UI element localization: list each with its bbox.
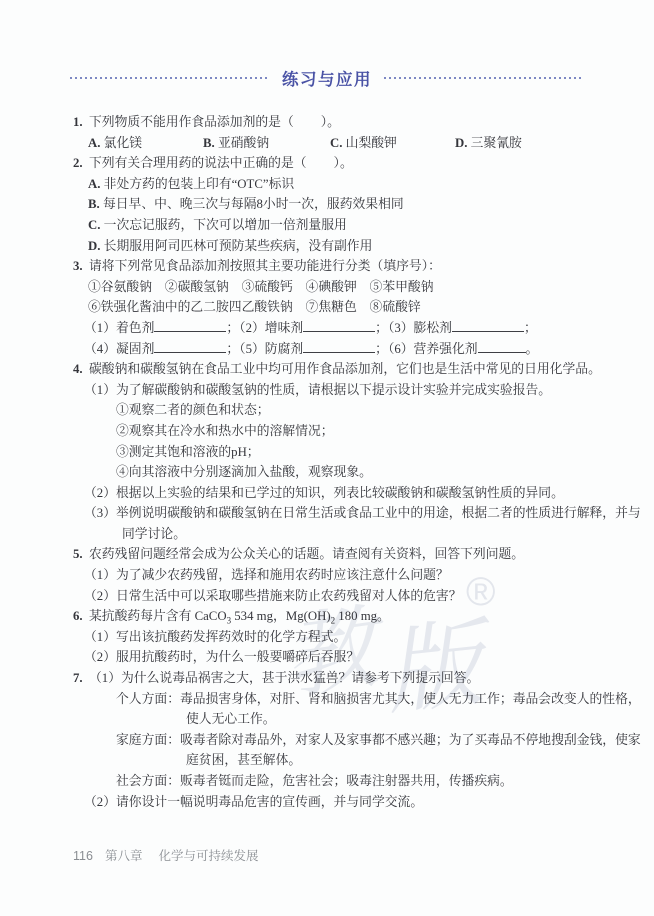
question-4-step-1: ①观察二者的颜色和状态； [73,400,649,421]
stem-text: ）。 [334,156,353,170]
question-2-option-a: A. 非处方药的包装上印有“OTC”标识 [73,174,649,195]
question-3-additives-line1: ①谷氨酸钠 ②碳酸氢钠 ③硫酸钙 ④碘酸钾 ⑤苯甲酸钠 [73,277,649,298]
fill-in-blank [303,348,375,353]
part-text: 请你设计一幅说明毒品危害的宣传画，并与同学交流。 [116,795,423,809]
fill-in-blank [154,327,226,332]
part-label: （1） [84,383,116,397]
option-label: C. [330,136,342,150]
option-label: C. [88,218,100,232]
option-b: B. 亚硝酸钠 [203,133,330,154]
part-label: （2） [84,486,116,500]
page-footer: 116 第八章 化学与可持续发展 [73,848,258,864]
question-4-part-2: （2）根据以上实验的结果和已学过的知识，列表比较碳酸钠和碳酸氢钠性质的异同。 [73,483,649,504]
aspect-text: 吸毒者除对毒品外，对家人及家事都不感兴趣；为了买毒品不停地搜刮金钱，使家庭贫困，… [180,733,641,768]
textbook-page: 练习与应用 教 版 ® 1.下列物质不能用作食品添加剂的是（）。 A. 氯化镁 … [0,0,654,916]
stem-text: 下列有关合理用药的说法中正确的是（ [89,156,307,170]
category-label: （1）着色剂 [84,321,154,335]
question-2-option-b: B. 每日早、中、晚三次与每隔8小时一次，服药效果相同 [73,194,649,215]
stem-text: 农药残留问题经常会成为公众关心的话题。请查阅有关资料，回答下列问题。 [89,547,524,561]
chemical-formula: 180 mg。 [335,609,390,623]
category-label: （2）增味剂 [239,321,303,335]
separator: ； [375,321,388,335]
chemical-formula: 某抗酸药每片含有 CaCO [89,609,227,623]
question-number: 6. [73,606,89,627]
chemical-formula: 534 mg，Mg(OH) [231,609,331,623]
stem-text: 下列物质不能用作食品添加剂的是（ [89,115,294,129]
question-2-option-c: C. 一次忘记服药，下次可以增加一倍剂量服用 [73,215,649,236]
part-label: （2） [84,795,116,809]
question-3-categories-row2: （4）凝固剂；（5）防腐剂；（6）营养强化剂。 [73,339,649,360]
dotted-rule-right [384,77,584,79]
part-text: 为了减少农药残留，选择和施用农药时应该注意什么问题？ [116,568,449,582]
part-text: 举例说明碳酸钠和碳酸氢钠在日常生活或食品工业中的用途，根据二者的性质进行解释，并… [116,506,641,541]
question-2-option-d: D. 长期服用阿司匹林可预防某些疾病，没有副作用 [73,236,649,257]
separator: 。 [526,342,539,356]
part-label: （1） [84,568,116,582]
question-1-options: A. 氯化镁 B. 亚硝酸钠 C. 山梨酸钾 D. 三聚氰胺 [73,133,649,154]
part-text: 服用抗酸药时，为什么一般要嚼碎后吞服？ [116,650,359,664]
option-text: 亚硝酸钠 [218,136,269,150]
aspect-text: 毒品损害身体，对肝、肾和脑损害尤其大，使人无力工作；毒品会改变人的性格，使人无心… [180,692,641,727]
question-7-part-2: （2）请你设计一幅说明毒品危害的宣传画，并与同学交流。 [73,792,649,813]
category-label: （5）防腐剂 [239,342,303,356]
option-label: D. [88,239,100,253]
question-5-part-2: （2）日常生活中可以采取哪些措施来防止农药残留对人体的危害？ [73,586,649,607]
question-number: 1. [73,112,89,133]
category-label: （6）营养强化剂 [388,342,478,356]
question-4-part-3: （3）举例说明碳酸钠和碳酸氢钠在日常生活或食品工业中的用途，根据二者的性质进行解… [73,503,649,544]
question-6-part-1: （1）写出该抗酸药发挥药效时的化学方程式。 [73,627,649,648]
question-3-categories-row1: （1）着色剂；（2）增味剂；（3）膨松剂； [73,318,649,339]
option-label: D. [455,136,467,150]
question-7-aspect-society: 社会方面：贩毒者铤而走险，危害社会；吸毒注射器共用，传播疾病。 [73,771,649,792]
question-5-part-1: （1）为了减少农药残留，选择和施用农药时应该注意什么问题？ [73,565,649,586]
category-label: （3）膨松剂 [388,321,452,335]
aspect-label: 个人方面： [116,692,180,706]
part-label: （1） [89,671,121,685]
option-label: B. [88,197,100,211]
option-text: 一次忘记服药，下次可以增加一倍剂量服用 [104,218,347,232]
dotted-rule-left [70,77,270,79]
aspect-text: 贩毒者铤而走险，危害社会；吸毒注射器共用，传播疾病。 [180,774,513,788]
chapter-label: 第八章 [105,848,143,864]
question-2-stem: 2.下列有关合理用药的说法中正确的是（）。 [73,153,649,174]
question-number: 3. [73,256,89,277]
option-text: 三聚氰胺 [471,136,522,150]
option-a: A. 氯化镁 [88,133,203,154]
page-number: 116 [73,848,93,864]
option-c: C. 山梨酸钾 [330,133,455,154]
question-number: 5. [73,544,89,565]
exercise-list: 1.下列物质不能用作食品添加剂的是（）。 A. 氯化镁 B. 亚硝酸钠 C. 山… [73,112,649,812]
question-4-step-4: ④向其溶液中分别逐滴加入盐酸，观察现象。 [73,462,649,483]
category-label: （4）凝固剂 [84,342,154,356]
question-7-aspect-personal: 个人方面：毒品损害身体，对肝、肾和脑损害尤其大，使人无力工作；毒品会改变人的性格… [73,689,649,730]
part-label: （2） [84,589,116,603]
part-label: （1） [84,630,116,644]
part-text: 根据以上实验的结果和已学过的知识，列表比较碳酸钠和碳酸氢钠性质的异同。 [116,486,564,500]
part-label: （2） [84,650,116,664]
option-text: 非处方药的包装上印有“OTC”标识 [104,177,295,191]
stem-text: 碳酸钠和碳酸氢钠在食品工业中均可用作食品添加剂，它们也是生活中常见的日用化学品。 [89,362,601,376]
chapter-title: 化学与可持续发展 [158,848,258,864]
fill-in-blank [452,327,524,332]
fill-in-blank [154,348,226,353]
separator: ； [375,342,388,356]
question-4-step-3: ③测定其饱和溶液的pH； [73,442,649,463]
option-label: B. [203,136,215,150]
aspect-label: 家庭方面： [116,733,180,747]
question-6-stem: 6.某抗酸药每片含有 CaCO3 534 mg，Mg(OH)2 180 mg。 [73,606,649,627]
question-1-stem: 1.下列物质不能用作食品添加剂的是（）。 [73,112,649,133]
question-5-stem: 5.农药残留问题经常会成为公众关心的话题。请查阅有关资料，回答下列问题。 [73,544,649,565]
part-text: 为什么说毒品祸害之大，甚于洪水猛兽？请参考下列提示回答。 [121,671,479,685]
stem-text: ）。 [321,115,340,129]
question-4-part-1: （1）为了解碳酸钠和碳酸氢钠的性质，请根据以下提示设计实验并完成实验报告。 [73,380,649,401]
question-number: 4. [73,359,89,380]
part-text: 写出该抗酸药发挥药效时的化学方程式。 [116,630,346,644]
stem-text: 请将下列常见食品添加剂按照其主要功能进行分类（填序号）： [89,259,441,273]
question-4-stem: 4.碳酸钠和碳酸氢钠在食品工业中均可用作食品添加剂，它们也是生活中常见的日用化学… [73,359,649,380]
option-text: 长期服用阿司匹林可预防某些疾病，没有副作用 [104,239,373,253]
option-label: A. [88,177,100,191]
fill-in-blank [303,327,375,332]
option-text: 山梨酸钾 [346,136,397,150]
aspect-label: 社会方面： [116,774,180,788]
part-text: 日常生活中可以采取哪些措施来防止农药残留对人体的危害？ [116,589,462,603]
separator: ； [524,321,537,335]
question-number: 2. [73,153,89,174]
separator: ； [226,321,239,335]
question-number: 7. [73,668,89,689]
separator: ； [226,342,239,356]
option-text: 每日早、中、晚三次与每隔8小时一次，服药效果相同 [103,197,404,211]
section-header: 练习与应用 [70,66,584,90]
question-3-additives-line2: ⑥铁强化酱油中的乙二胺四乙酸铁钠 ⑦焦糖色 ⑧硫酸锌 [73,297,649,318]
fill-in-blank [478,348,526,353]
question-6-part-2: （2）服用抗酸药时，为什么一般要嚼碎后吞服？ [73,647,649,668]
option-text: 氯化镁 [104,136,142,150]
option-d: D. 三聚氰胺 [455,133,522,154]
option-label: A. [88,136,100,150]
question-7-aspect-family: 家庭方面：吸毒者除对毒品外，对家人及家事都不感兴趣；为了买毒品不停地搜刮金钱，使… [73,730,649,771]
part-text: 为了解碳酸钠和碳酸氢钠的性质，请根据以下提示设计实验并完成实验报告。 [116,383,551,397]
question-7-part-1: 7.（1）为什么说毒品祸害之大，甚于洪水猛兽？请参考下列提示回答。 [73,668,649,689]
part-label: （3） [84,506,116,520]
question-4-step-2: ②观察其在冷水和热水中的溶解情况； [73,421,649,442]
section-title: 练习与应用 [282,66,372,90]
question-3-stem: 3.请将下列常见食品添加剂按照其主要功能进行分类（填序号）： [73,256,649,277]
